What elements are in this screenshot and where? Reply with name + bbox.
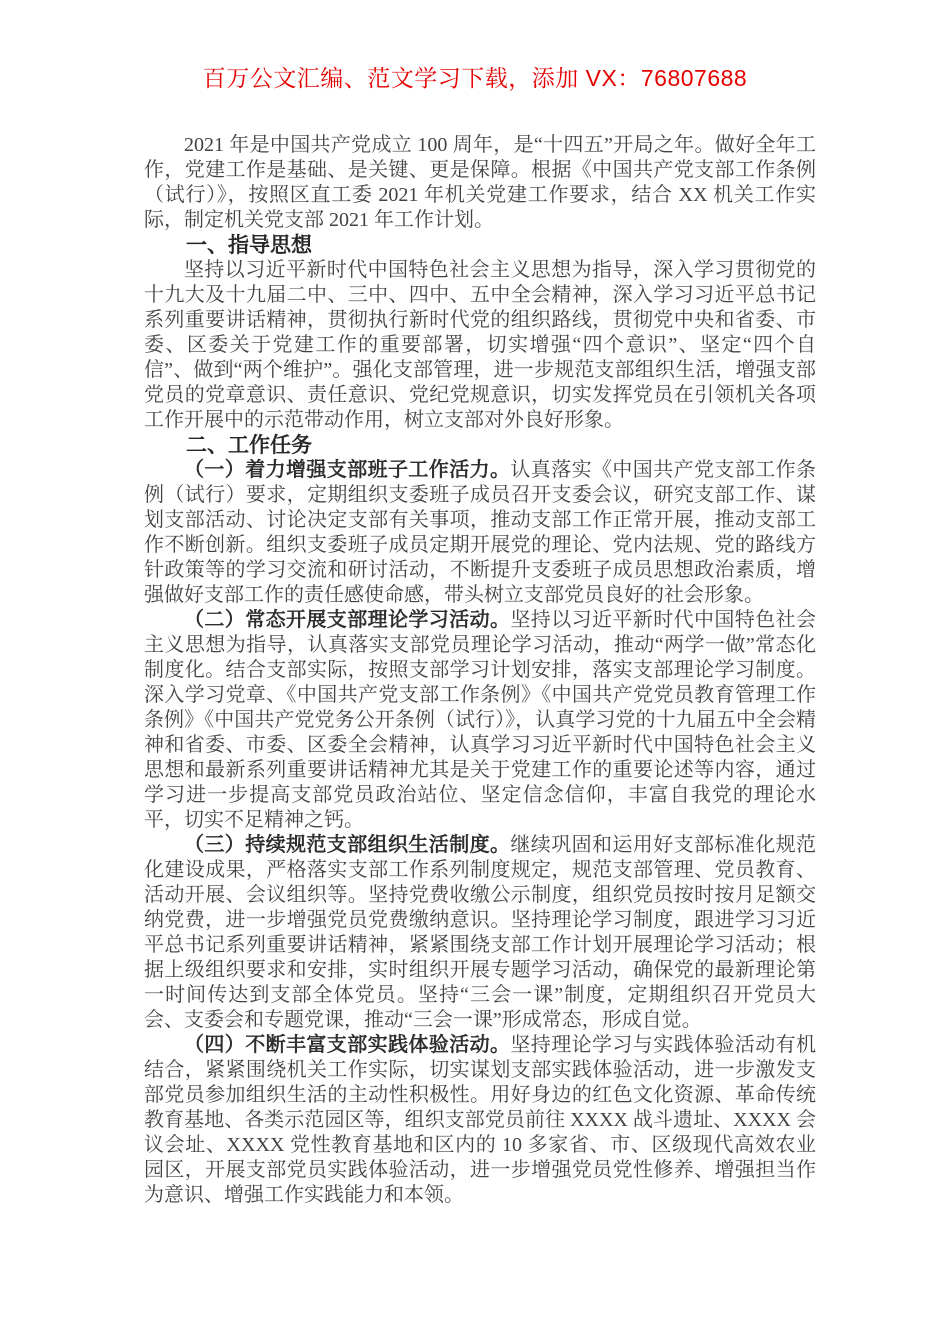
paragraph-text: 继续巩固和运用好支部标准化规范化建设成果，严格落实支部工作系列制度规定，规范支部… [144,834,816,1031]
paragraph-lead: （三）持续规范支部组织生活制度。 [184,834,510,856]
paragraph: （三）持续规范支部组织生活制度。继续巩固和运用好支部标准化规范化建设成果，严格落… [144,833,816,1033]
paragraph-text: 认真落实《中国共产党支部工作条例（试行）要求，定期组织支委班子成员召开支委会议，… [144,459,816,606]
paragraph-lead: （一）着力增强支部班子工作活力。 [184,459,510,481]
paragraph-text: 坚持以习近平新时代中国特色社会主义思想为指导，认真落实支部党员理论学习活动，推动… [144,609,816,831]
paragraph: 2021 年是中国共产党成立 100 周年，是“十四五”开局之年。做好全年工作，… [144,133,816,233]
paragraph: （四）不断丰富支部实践体验活动。坚持理论学习与实践体验活动有机结合，紧紧围绕机关… [144,1033,816,1208]
document-body: 2021 年是中国共产党成立 100 周年，是“十四五”开局之年。做好全年工作，… [144,133,816,1208]
document-page: 百万公文汇编、范文学习下载，添加 VX：76807688 2021 年是中国共产… [0,0,950,1344]
paragraph: 坚持以习近平新时代中国特色社会主义思想为指导，深入学习贯彻党的十九大及十九届二中… [144,258,816,433]
promo-header: 百万公文汇编、范文学习下载，添加 VX：76807688 [0,0,950,93]
section-heading: 一、指导思想 [144,233,816,258]
paragraph-lead: （四）不断丰富支部实践体验活动。 [184,1034,510,1056]
section-heading: 二、工作任务 [144,433,816,458]
paragraph-text: 坚持理论学习与实践体验活动有机结合，紧紧围绕机关工作实际，切实谋划支部实践体验活… [144,1034,816,1206]
paragraph: （二）常态开展支部理论学习活动。坚持以习近平新时代中国特色社会主义思想为指导，认… [144,608,816,833]
paragraph-lead: （二）常态开展支部理论学习活动。 [184,609,510,631]
paragraph: （一）着力增强支部班子工作活力。认真落实《中国共产党支部工作条例（试行）要求，定… [144,458,816,608]
